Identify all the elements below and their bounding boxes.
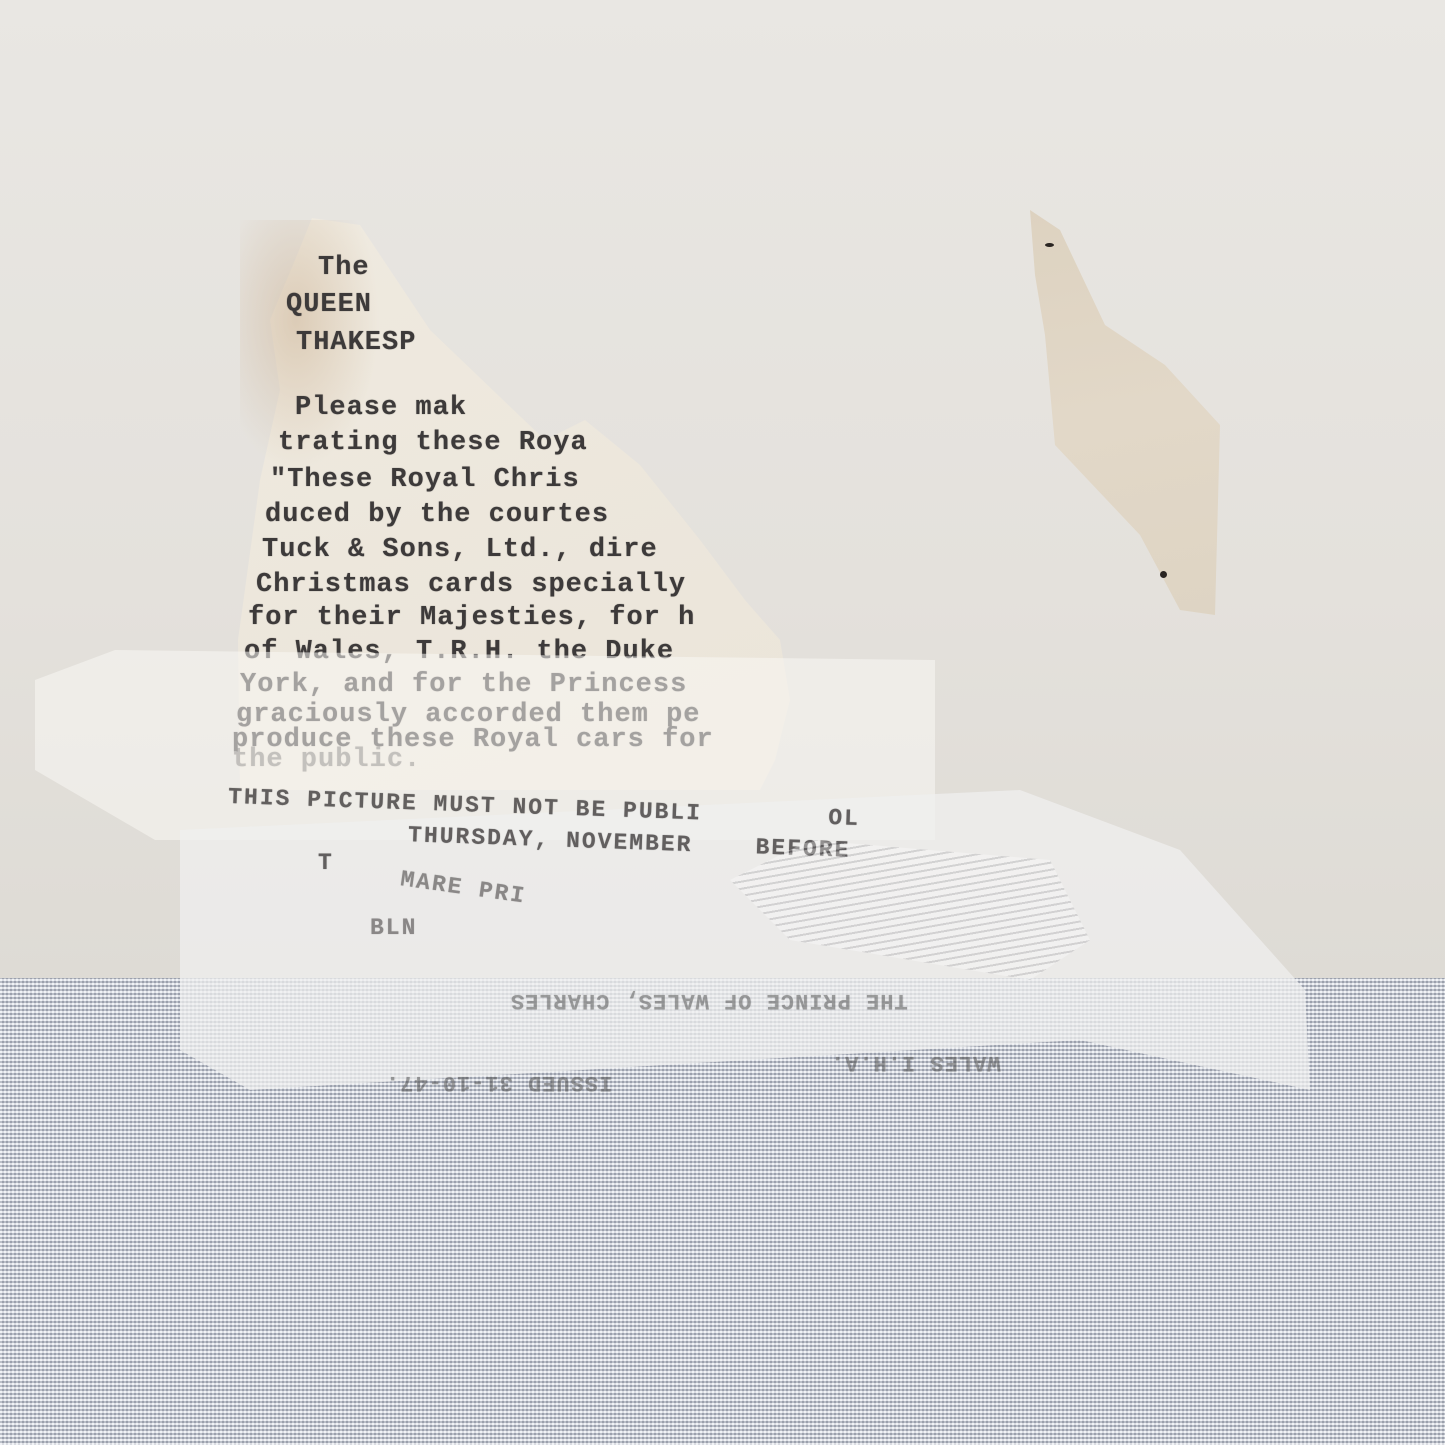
partial-line: BLN [370, 915, 417, 941]
caption-body-line: Christmas cards specially [256, 570, 686, 600]
caption-header-line: The [318, 253, 370, 283]
caption-body-line: "These Royal Chris [270, 465, 580, 495]
caption-body-line: duced by the courtes [265, 500, 609, 530]
caption-header-line: THAKESP [296, 328, 416, 358]
caption-body-line: Tuck & Sons, Ltd., dire [262, 535, 658, 565]
caption-body-line: for their Majesties, for h [248, 603, 695, 633]
caption-header-line: QUEEN [286, 290, 372, 320]
mirrored-text-line: THE PRINCE OF WALES, CHARLES [510, 988, 908, 1013]
mirrored-text-line: ISSUED 31-10-47. [385, 1070, 612, 1095]
caption-body-line: trating these Roya [278, 428, 588, 458]
caption-body-line: Please mak [295, 393, 467, 423]
mirrored-text-line: WALES I.H.A. [830, 1050, 1000, 1075]
embargo-line: T [318, 850, 334, 876]
